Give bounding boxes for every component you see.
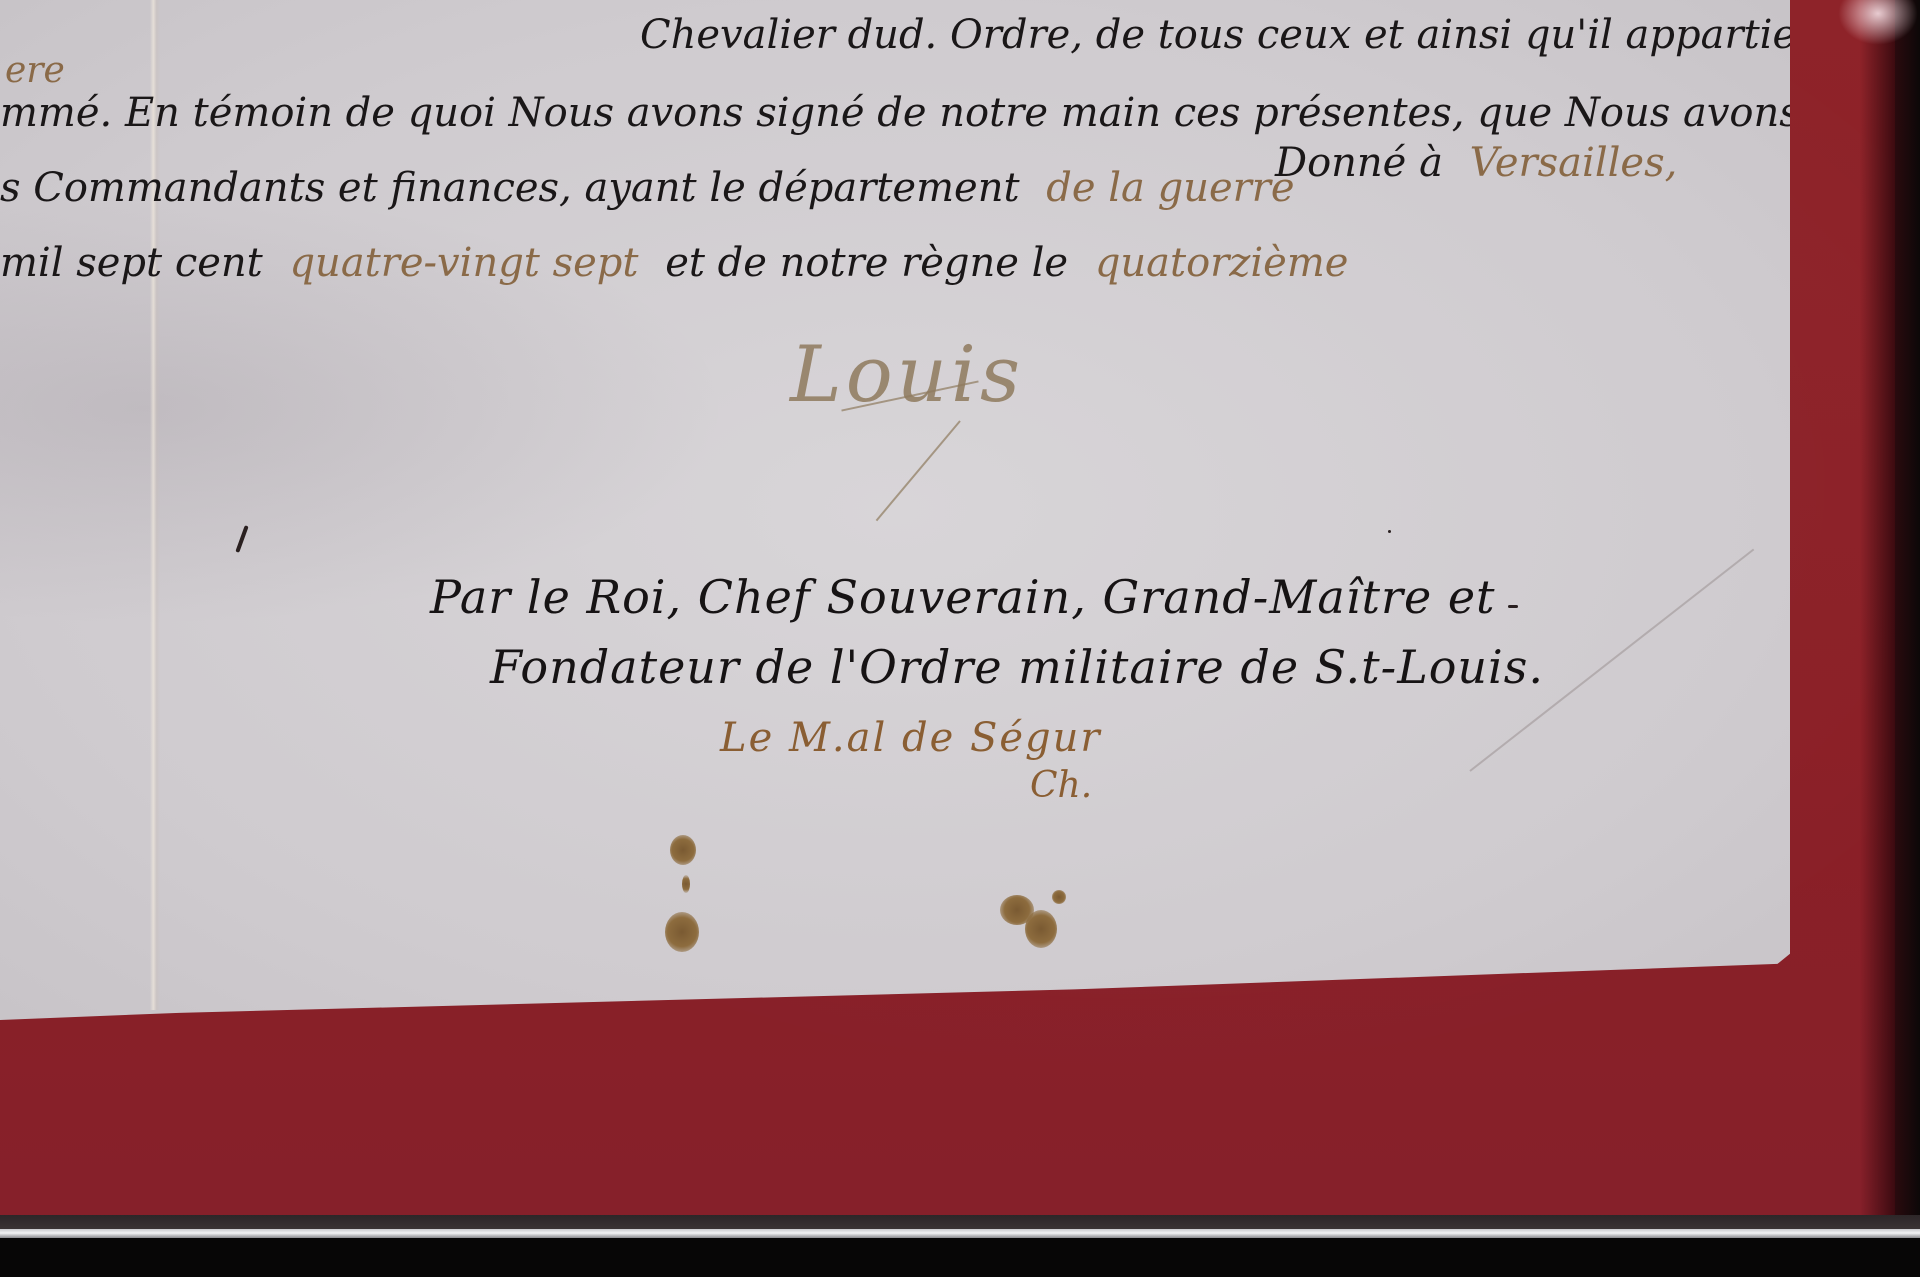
glass-glare	[1838, 0, 1918, 45]
ink-mark	[235, 525, 248, 553]
secretary-paraphe: Ch.	[1030, 765, 1092, 806]
ink-stain	[1025, 910, 1057, 948]
ink-stain	[1052, 890, 1066, 904]
royal-signature: Louis	[790, 330, 1024, 420]
text-line-4: s Commandants et finances, ayant le dépa…	[0, 165, 1295, 211]
vellum-document: Chevalier dud. Ordre, de tous ceux et ai…	[0, 0, 1790, 1020]
ink-mark	[1388, 530, 1391, 533]
ink-stain	[670, 835, 696, 865]
footer-line-2: Fondateur de l'Ordre militaire de S.t-Lo…	[490, 640, 1544, 694]
frame-right-edge	[1895, 0, 1920, 1230]
given-at: Donné à Versailles,	[1275, 140, 1677, 186]
frame-black-molding	[0, 1238, 1920, 1277]
ink-stain	[665, 912, 699, 952]
ink-stain	[682, 875, 690, 893]
fold-crease	[150, 0, 160, 1010]
countersignature: Le M.al de Ségur	[720, 715, 1102, 761]
text-line-2: ere	[5, 50, 65, 91]
text-line-1: Chevalier dud. Ordre, de tous ceux et ai…	[640, 12, 1903, 58]
frame-silver-trim	[0, 1229, 1920, 1238]
text-line-5: mil sept cent quatre-vingt sept et de no…	[0, 240, 1348, 286]
signature-paraph-stroke	[876, 420, 961, 521]
mat-shadow	[1860, 0, 1895, 1215]
ink-mark	[1508, 605, 1518, 608]
footer-line-1: Par le Roi, Chef Souverain, Grand-Maître…	[430, 570, 1496, 624]
mat-bevel	[0, 1215, 1920, 1229]
text-line-3: mmé. En témoin de quoi Nous avons signé …	[0, 90, 1880, 136]
